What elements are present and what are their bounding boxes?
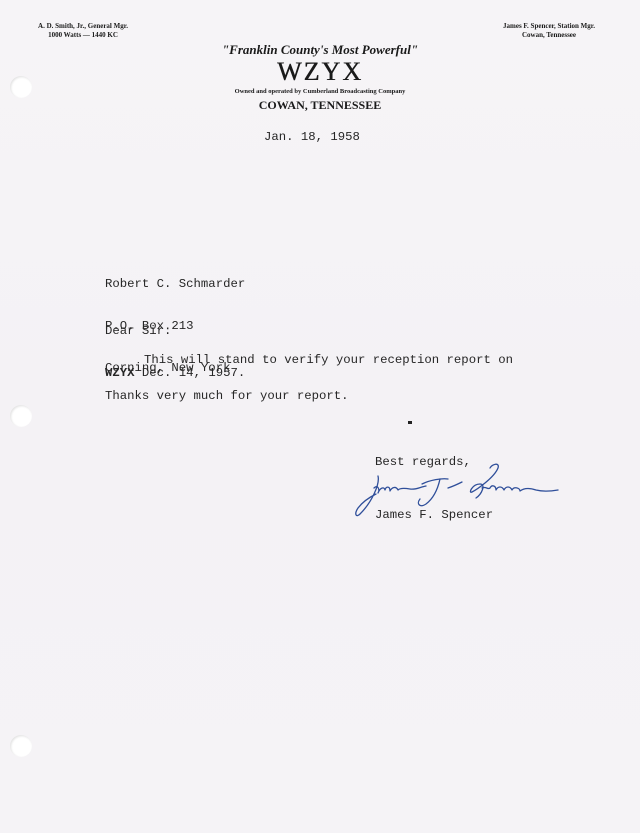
station-city: COWAN, TENNESSEE <box>190 98 450 113</box>
body-line-2: WZYX Dec. 14, 1957. <box>105 366 245 380</box>
salutation: Dear Sir: <box>105 324 171 338</box>
letterhead-slogan: "Franklin County's Most Powerful" <box>190 42 450 58</box>
letter-page: A. D. Smith, Jr., General Mgr. 1000 Watt… <box>0 0 640 833</box>
letter-date: Jan. 18, 1958 <box>264 130 360 144</box>
punch-hole <box>10 405 32 427</box>
letterhead-right: James F. Spencer, Station Mgr. Cowan, Te… <box>484 22 614 40</box>
station-call-sign: WZYX <box>190 57 450 87</box>
power-frequency-line: 1000 Watts — 1440 KC <box>28 31 138 40</box>
punch-hole <box>10 76 32 98</box>
ownership-line: Owned and operated by Cumberland Broadca… <box>190 88 450 95</box>
body-station-call-sign: WZYX <box>105 366 135 380</box>
body-reception-date: Dec. 14, 1957. <box>135 366 246 380</box>
punch-hole <box>10 735 32 757</box>
station-manager-line: James F. Spencer, Station Mgr. <box>484 22 614 31</box>
general-manager-line: A. D. Smith, Jr., General Mgr. <box>28 22 138 31</box>
body-line-1: This will stand to verify your reception… <box>144 353 513 367</box>
thanks-line: Thanks very much for your report. <box>105 389 349 403</box>
letterhead-left: A. D. Smith, Jr., General Mgr. 1000 Watt… <box>28 22 138 40</box>
signer-name: James F. Spencer <box>375 508 493 522</box>
station-location-line: Cowan, Tennessee <box>484 31 614 40</box>
stray-ink-mark <box>408 421 412 424</box>
recipient-name: Robert C. Schmarder <box>105 277 245 291</box>
